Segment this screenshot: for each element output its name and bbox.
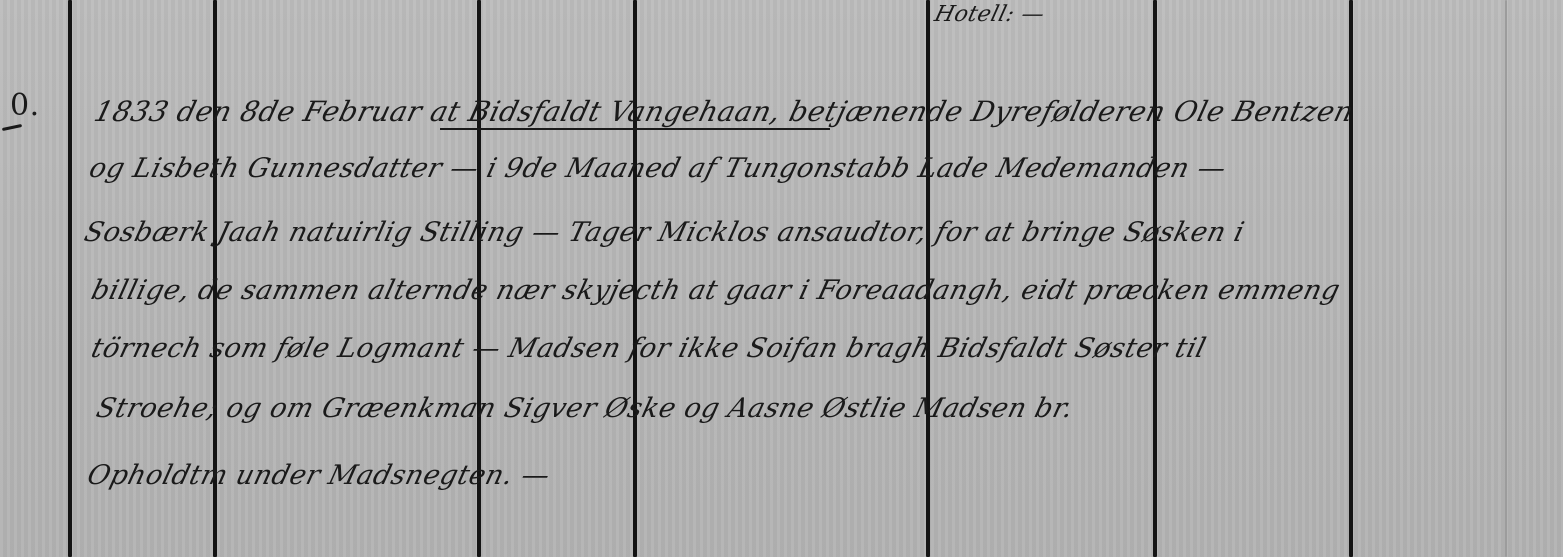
entry-line-6: Stroehe; og om Græenkman Sigver Øske og … [93, 393, 1076, 424]
entry-line-2: og Lisbeth Gunnesdatter — i 9de Maaned a… [86, 153, 1229, 184]
entry-line-5: törnech som føle Logmant — Madsen for ik… [88, 333, 1209, 364]
header-fragment: Hotell: — [932, 2, 1048, 27]
entry-line-3: Sosbærk Jaah natuirlig Stilling — Tager … [81, 217, 1248, 248]
entry-underline [440, 128, 830, 130]
register-page: Hotell: — 0. 1833 den 8de Februar at Bid… [0, 0, 1563, 557]
entry-line-7: Opholdtm under Madsnegten. — [84, 460, 553, 491]
column-rule-7 [1349, 0, 1353, 557]
entry-line-1: 1833 den 8de Februar at Bidsfaldt Vangeh… [91, 95, 1357, 128]
margin-dash [2, 124, 22, 131]
column-rule-faint [1505, 0, 1507, 557]
entry-line-4: billige, de sammen alternde nær skyjecth… [88, 275, 1343, 306]
column-rule-1 [68, 0, 72, 557]
entry-number: 0. [10, 88, 40, 123]
